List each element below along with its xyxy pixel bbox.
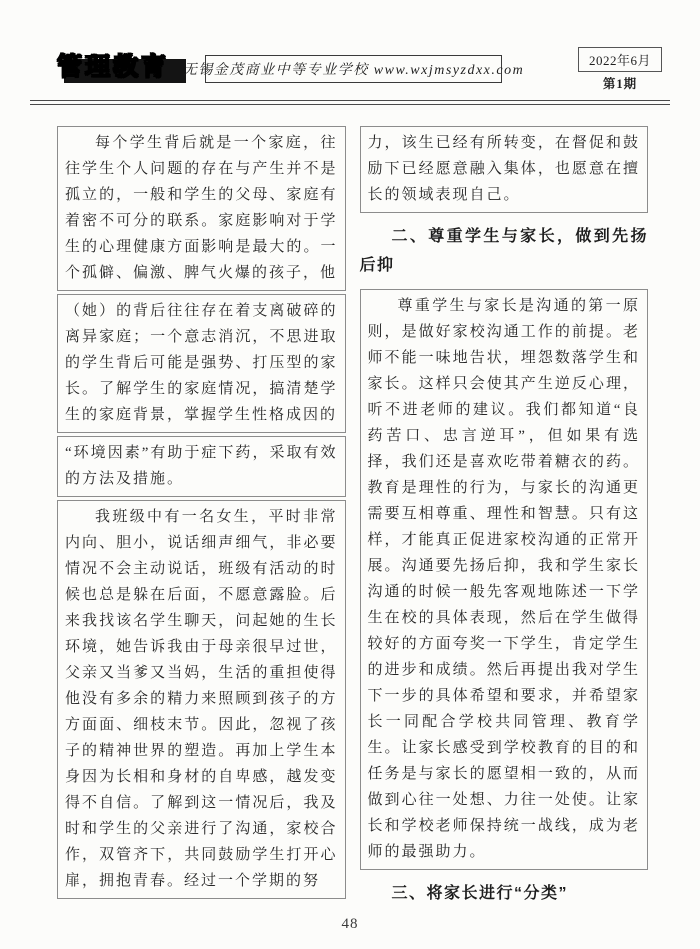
text-block: 每个学生背后就是一个家庭，往往学生个人问题的存在与产生并不是孤立的，一般和学生的…	[57, 126, 346, 291]
text-block: 力，该生已经有所转变，在督促和鼓励下已经愿意融入集体，也愿意在擅长的领域表现自己…	[360, 126, 649, 213]
journal-page: 管理教育 无锡金茂商业中等专业学校 www.wxjmsyzdxx.com 202…	[0, 0, 700, 949]
issue-number: 第1期	[578, 74, 662, 92]
issue-date: 2022年6月	[578, 47, 662, 72]
journal-section-logo: 管理教育	[55, 44, 195, 92]
text-block: 我班级中有一名女生，平时非常内向、胆小，说话细声细气，非必要情况不会主动说话，班…	[57, 500, 346, 899]
issue-info: 2022年6月 第1期	[578, 47, 662, 92]
section-heading-2: 二、尊重学生与家长，做到先扬后抑	[360, 222, 649, 280]
text-block: （她）的背后往往存在着支离破碎的离异家庭；一个意志消沉，不思进取的学生背后可能是…	[57, 294, 346, 433]
school-name-box: 无锡金茂商业中等专业学校 www.wxjmsyzdxx.com	[205, 55, 502, 83]
page-footer: 48	[0, 915, 700, 933]
section-heading-3: 三、将家长进行“分类”	[360, 879, 649, 908]
page-number: 48	[342, 916, 359, 932]
text-block: 尊重学生与家长是沟通的第一原则，是做好家校沟通工作的前提。老师不能一味地告状，埋…	[360, 289, 649, 870]
header-divider-rule	[30, 100, 670, 105]
text-block: “环境因素”有助于症下药，采取有效的方法及措施。	[57, 436, 346, 497]
school-name-text: 无锡金茂商业中等专业学校 www.wxjmsyzdxx.com	[183, 59, 524, 79]
right-column: 力，该生已经有所转变，在督促和鼓励下已经愿意融入集体，也愿意在擅长的领域表现自己…	[360, 126, 649, 917]
left-column: 每个学生背后就是一个家庭，往往学生个人问题的存在与产生并不是孤立的，一般和学生的…	[57, 126, 346, 917]
section-title: 管理教育	[57, 47, 169, 83]
article-body: 每个学生背后就是一个家庭，往往学生个人问题的存在与产生并不是孤立的，一般和学生的…	[57, 126, 648, 917]
